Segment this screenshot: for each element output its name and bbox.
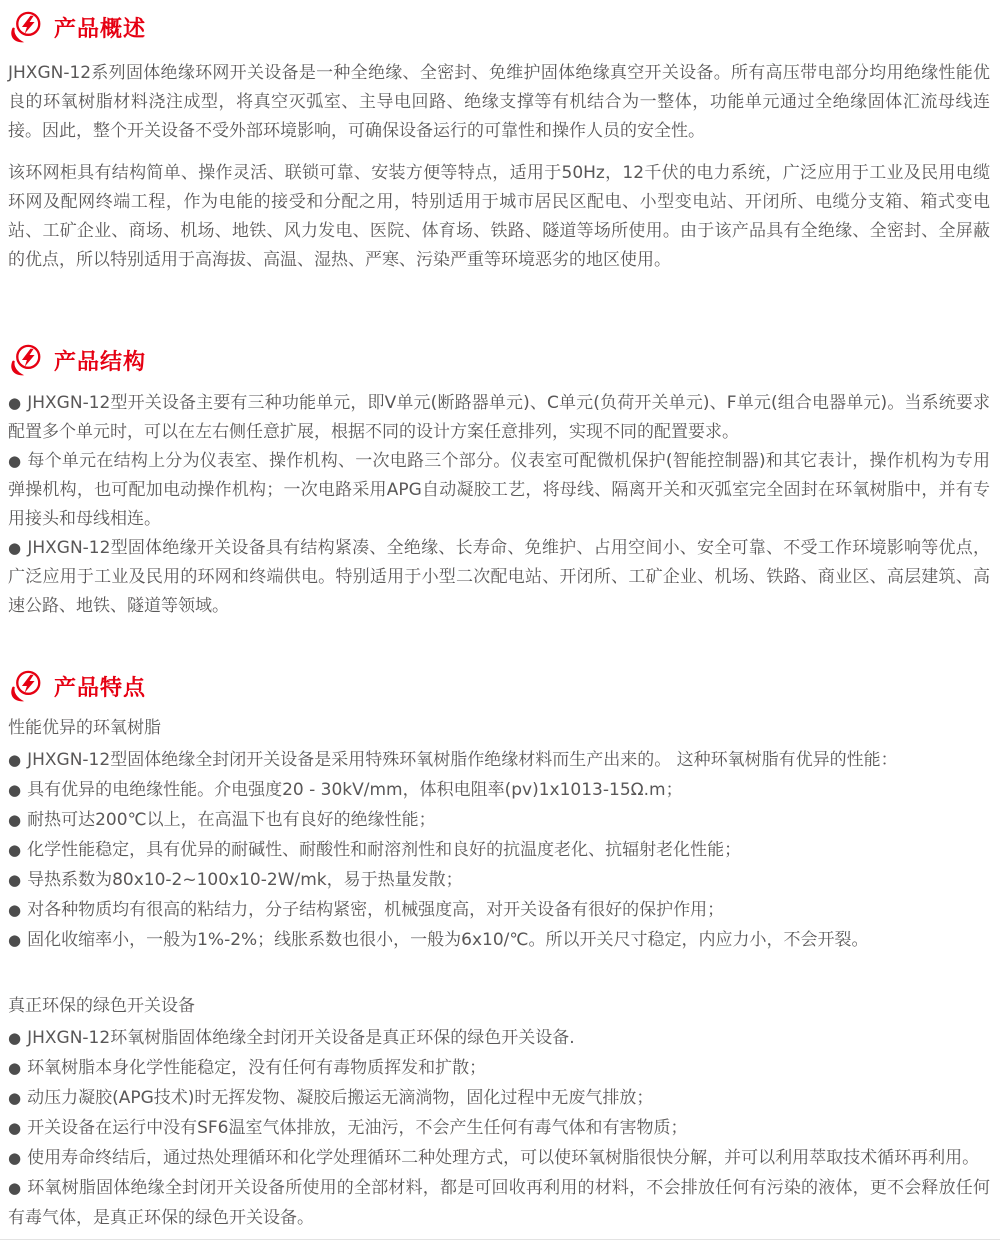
bullet-text: 动压力凝胶(APG技术)时无挥发物、凝胶后搬运无滴淌物，固化过程中无废气排放； bbox=[27, 1088, 653, 1108]
bullet-text: 耐热可达200℃以上，在高温下也有良好的绝缘性能； bbox=[27, 810, 436, 830]
bullet-icon: ● bbox=[8, 1029, 21, 1047]
bullet-item: ●开关设备在运行中没有SF6温室气体排放，无油污，不会产生任何有毒气体和有害物质… bbox=[8, 1113, 990, 1143]
section-title: 产品结构 bbox=[54, 345, 146, 376]
structure-bullet-list: ●JHXGN-12型开关设备主要有三种功能单元，即V单元(断路器单元)、C单元(… bbox=[8, 389, 990, 621]
overview-paragraph-2: 该环网柜具有结构简单、操作灵活、联锁可靠、安装方便等特点，适用于50Hz，12千… bbox=[8, 159, 990, 275]
bullet-icon: ● bbox=[8, 811, 21, 829]
bullet-item: ●使用寿命终结后，通过热处理循环和化学处理循环二种处理方式，可以使环氧树脂很快分… bbox=[8, 1143, 990, 1173]
bullet-item: ●固化收缩率小，一般为1%-2%；线胀系数也很小，一般为6x10/℃。所以开关尺… bbox=[8, 925, 990, 955]
bullet-text: 使用寿命终结后，通过热处理循环和化学处理循环二种处理方式，可以使环氧树脂很快分解… bbox=[27, 1148, 979, 1168]
green-bullet-list: ●JHXGN-12环氧树脂固体绝缘全封闭开关设备是真正环保的绿色开关设备. ●环… bbox=[8, 1023, 990, 1233]
bullet-icon: ● bbox=[8, 901, 21, 919]
bullet-icon: ● bbox=[8, 1059, 21, 1077]
section-structure: 产品结构 ●JHXGN-12型开关设备主要有三种功能单元，即V单元(断路器单元)… bbox=[8, 341, 990, 621]
section-header: 产品结构 bbox=[8, 341, 990, 379]
bullet-icon: ● bbox=[8, 1179, 21, 1197]
bullet-item: ●每个单元在结构上分为仪表室、操作机构、一次电路三个部分。仪表室可配微机保护(智… bbox=[8, 447, 990, 534]
overview-paragraph-1: JHXGN-12系列固体绝缘环网开关设备是一种全绝缘、全密封、免维护固体绝缘真空… bbox=[8, 59, 990, 146]
bullet-text: JHXGN-12型开关设备主要有三种功能单元，即V单元(断路器单元)、C单元(负… bbox=[8, 393, 990, 442]
section-features: 产品特点 性能优异的环氧树脂 ●JHXGN-12型固体绝缘全封闭开关设备是采用特… bbox=[8, 667, 990, 1233]
bullet-text: 环氧树脂本身化学性能稳定，没有任何有毒物质挥发和扩散； bbox=[27, 1058, 486, 1078]
bullet-icon: ● bbox=[8, 841, 21, 859]
bullet-icon: ● bbox=[8, 751, 21, 769]
bullet-item: ●导热系数为80x10-2~100x10-2W/mk，易于热量发散； bbox=[8, 865, 990, 895]
bullet-icon: ● bbox=[8, 1089, 21, 1107]
lightning-leaf-icon bbox=[8, 668, 44, 704]
bullet-icon: ● bbox=[8, 931, 21, 949]
bullet-text: JHXGN-12型固体绝缘全封闭开关设备是采用特殊环氧树脂作绝缘材料而生产出来的… bbox=[27, 750, 898, 770]
bullet-item: ●JHXGN-12型开关设备主要有三种功能单元，即V单元(断路器单元)、C单元(… bbox=[8, 389, 990, 447]
bullet-text: 化学性能稳定，具有优异的耐碱性、耐酸性和耐溶剂性和良好的抗温度老化、抗辐射老化性… bbox=[27, 840, 741, 860]
section-title: 产品概述 bbox=[54, 12, 146, 43]
bullet-item: ●JHXGN-12型固体绝缘开关设备具有结构紧凑、全绝缘、长寿命、免维护、占用空… bbox=[8, 534, 990, 621]
bullet-text: 环氧树脂固体绝缘全封闭开关设备所使用的全部材料，都是可回收再利用的材料，不会排放… bbox=[8, 1178, 990, 1228]
bullet-text: 每个单元在结构上分为仪表室、操作机构、一次电路三个部分。仪表室可配微机保护(智能… bbox=[8, 451, 990, 529]
feature-subtitle-epoxy: 性能优异的环氧树脂 bbox=[8, 713, 990, 743]
feature-subtitle-green: 真正环保的绿色开关设备 bbox=[8, 991, 990, 1021]
epoxy-bullet-list: ●JHXGN-12型固体绝缘全封闭开关设备是采用特殊环氧树脂作绝缘材料而生产出来… bbox=[8, 745, 990, 955]
bullet-text: 固化收缩率小，一般为1%-2%；线胀系数也很小，一般为6x10/℃。所以开关尺寸… bbox=[27, 930, 868, 950]
bullet-item: ●JHXGN-12型固体绝缘全封闭开关设备是采用特殊环氧树脂作绝缘材料而生产出来… bbox=[8, 745, 990, 775]
bullet-item: ●JHXGN-12环氧树脂固体绝缘全封闭开关设备是真正环保的绿色开关设备. bbox=[8, 1023, 990, 1053]
bullet-item: ●化学性能稳定，具有优异的耐碱性、耐酸性和耐溶剂性和良好的抗温度老化、抗辐射老化… bbox=[8, 835, 990, 865]
bullet-icon: ● bbox=[8, 394, 21, 412]
bullet-icon: ● bbox=[8, 1119, 21, 1137]
bullet-item: ●环氧树脂固体绝缘全封闭开关设备所使用的全部材料，都是可回收再利用的材料，不会排… bbox=[8, 1173, 990, 1233]
bullet-item: ●耐热可达200℃以上，在高温下也有良好的绝缘性能； bbox=[8, 805, 990, 835]
bullet-icon: ● bbox=[8, 539, 21, 557]
product-document-page: 产品概述 JHXGN-12系列固体绝缘环网开关设备是一种全绝缘、全密封、免维护固… bbox=[0, 0, 1000, 1240]
section-header: 产品特点 bbox=[8, 667, 990, 705]
bullet-icon: ● bbox=[8, 452, 21, 470]
bullet-text: JHXGN-12型固体绝缘开关设备具有结构紧凑、全绝缘、长寿命、免维护、占用空间… bbox=[8, 538, 990, 616]
bullet-icon: ● bbox=[8, 781, 21, 799]
section-overview: 产品概述 JHXGN-12系列固体绝缘环网开关设备是一种全绝缘、全密封、免维护固… bbox=[8, 8, 990, 275]
bullet-text: 开关设备在运行中没有SF6温室气体排放，无油污，不会产生任何有毒气体和有害物质； bbox=[27, 1118, 687, 1138]
section-title: 产品特点 bbox=[54, 671, 146, 702]
lightning-leaf-icon bbox=[8, 342, 44, 378]
section-header: 产品概述 bbox=[8, 8, 990, 46]
bullet-text: 具有优异的电绝缘性能。介电强度20 - 30kV/mm，体积电阻率(pv)1x1… bbox=[27, 780, 683, 800]
bullet-item: ●具有优异的电绝缘性能。介电强度20 - 30kV/mm，体积电阻率(pv)1x… bbox=[8, 775, 990, 805]
bullet-item: ●对各种物质均有很高的粘结力，分子结构紧密，机械强度高，对开关设备有很好的保护作… bbox=[8, 895, 990, 925]
bullet-text: 对各种物质均有很高的粘结力，分子结构紧密，机械强度高，对开关设备有很好的保护作用… bbox=[27, 900, 724, 920]
bullet-text: JHXGN-12环氧树脂固体绝缘全封闭开关设备是真正环保的绿色开关设备. bbox=[27, 1028, 575, 1048]
bullet-icon: ● bbox=[8, 871, 21, 889]
lightning-leaf-icon bbox=[8, 9, 44, 45]
bullet-text: 导热系数为80x10-2~100x10-2W/mk，易于热量发散； bbox=[27, 870, 463, 890]
bullet-icon: ● bbox=[8, 1149, 21, 1167]
bullet-item: ●环氧树脂本身化学性能稳定，没有任何有毒物质挥发和扩散； bbox=[8, 1053, 990, 1083]
bullet-item: ●动压力凝胶(APG技术)时无挥发物、凝胶后搬运无滴淌物，固化过程中无废气排放； bbox=[8, 1083, 990, 1113]
